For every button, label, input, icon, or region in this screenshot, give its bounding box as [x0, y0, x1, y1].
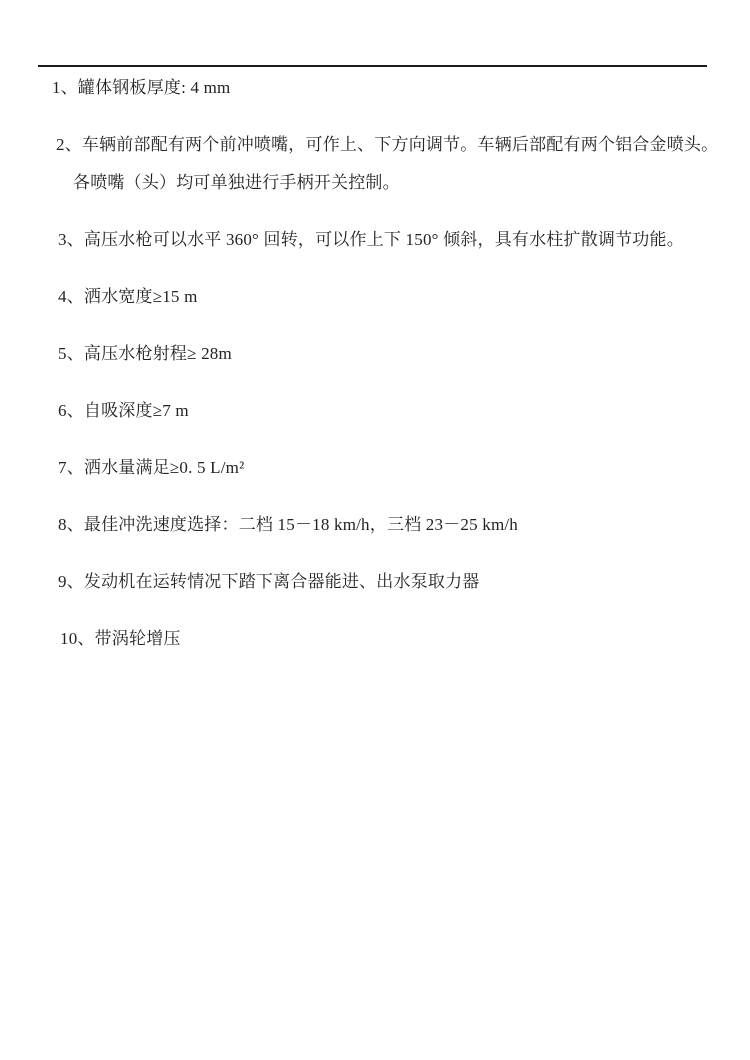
list-item-5: 5、高压水枪射程≥ 28m [0, 344, 750, 364]
list-item-1: 1、罐体钢板厚度: 4 mm [0, 78, 750, 98]
list-item-2: 2、车辆前部配有两个前冲喷嘴，可作上、下方向调节。车辆后部配有两个铝合金喷头。 [0, 135, 750, 155]
document-page: 1、罐体钢板厚度: 4 mm 2、车辆前部配有两个前冲喷嘴，可作上、下方向调节。… [0, 0, 750, 1060]
list-item-6: 6、自吸深度≥7 m [0, 401, 750, 421]
list-item-2-continuation: 各喷嘴（头）均可单独进行手柄开关控制。 [0, 173, 750, 193]
spec-list: 1、罐体钢板厚度: 4 mm 2、车辆前部配有两个前冲喷嘴，可作上、下方向调节。… [0, 78, 750, 686]
list-item-4: 4、洒水宽度≥15 m [0, 287, 750, 307]
list-item-10: 10、带涡轮增压 [0, 629, 750, 649]
header-rule [38, 65, 707, 67]
list-item-9: 9、发动机在运转情况下踏下离合器能进、出水泵取力器 [0, 572, 750, 592]
list-item-3: 3、高压水枪可以水平 360° 回转，可以作上下 150° 倾斜，具有水柱扩散调… [0, 230, 750, 250]
list-item-8: 8、最佳冲洗速度选择：二档 15－18 km/h，三档 23－25 km/h [0, 515, 750, 535]
list-item-7: 7、洒水量满足≥0. 5 L/m² [0, 458, 750, 478]
